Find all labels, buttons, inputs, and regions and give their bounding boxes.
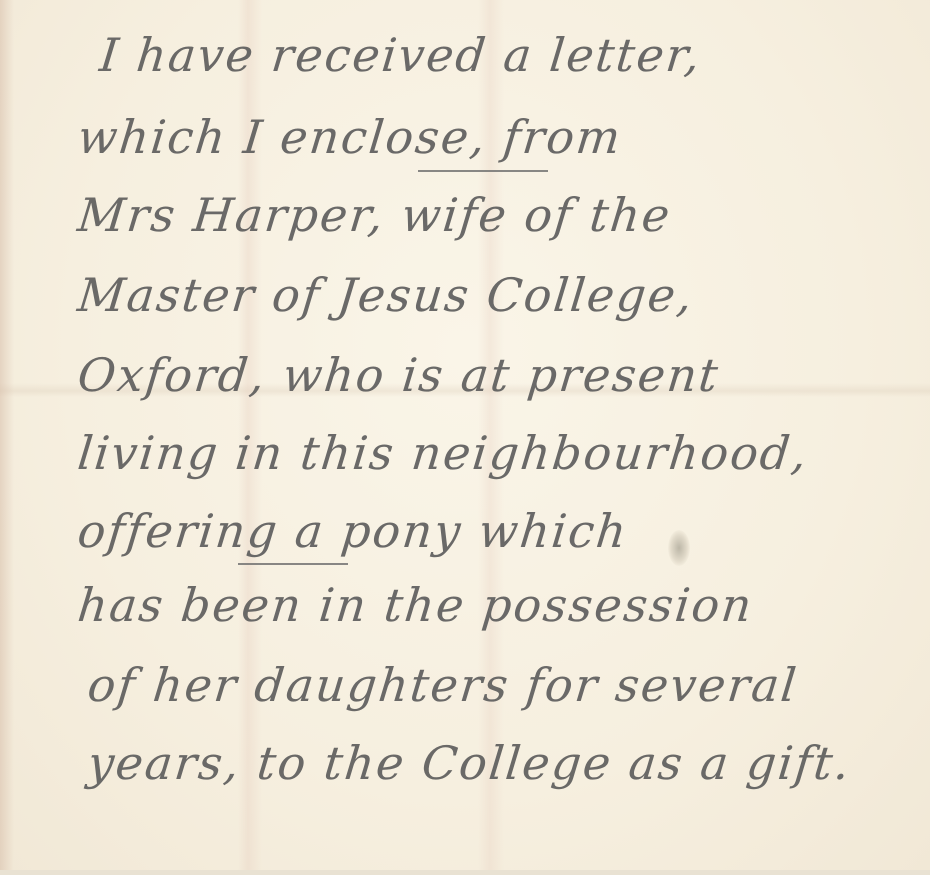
ink-smudge — [668, 530, 690, 566]
letter-line-6: living in this neighbourhood, — [75, 426, 811, 480]
letter-line-3: Mrs Harper, wife of the — [75, 188, 674, 242]
letter-line-8: has been in the possession — [75, 578, 756, 632]
letter-line-9: of her daughters for several — [85, 658, 800, 712]
letter-line-4: Master of Jesus College, — [75, 268, 696, 322]
letter-page: I have received a letter, which I enclos… — [0, 0, 930, 875]
letter-line-1: I have received a letter, — [97, 28, 704, 82]
paper-edge — [0, 870, 930, 875]
underline-mark — [418, 170, 548, 172]
overline-mark — [238, 563, 348, 565]
letter-line-2: which I enclose, from — [75, 110, 625, 164]
letter-line-10: years, to the College as a gift. — [85, 736, 854, 790]
letter-line-5: Oxford, who is at present — [75, 348, 722, 402]
letter-line-7: offering a pony which — [75, 504, 631, 558]
